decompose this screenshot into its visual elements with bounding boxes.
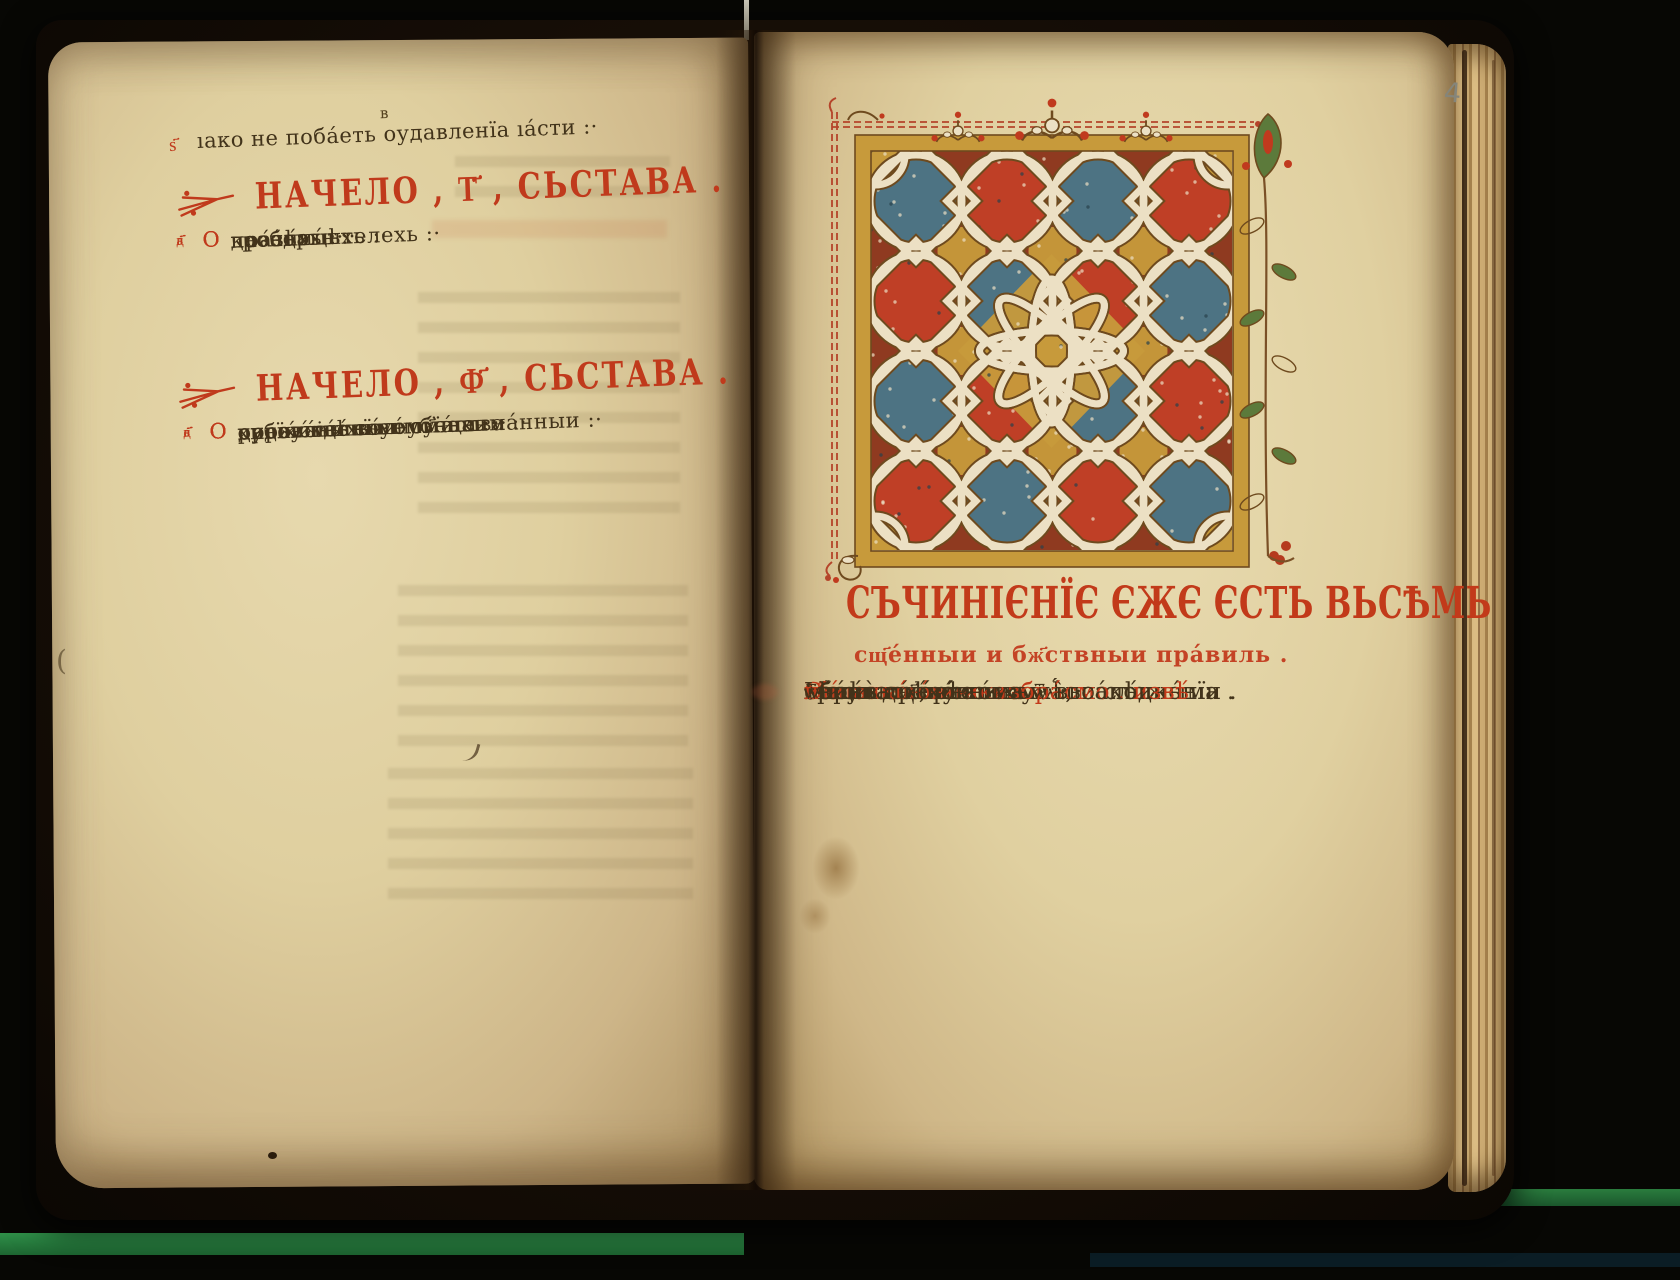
toc-item: а҃Одрьжи́мыхь вь оу́захь :· (179, 420, 180, 453)
interlinear-correction: в (380, 104, 389, 122)
page-edge-line-2 (1492, 60, 1495, 1176)
body-text: ѿви́на̀ грѣхо́вныхь · (804, 676, 1045, 710)
table-shadow-strip (1090, 1253, 1680, 1267)
rubric-arrow-ornament (178, 378, 241, 410)
right-page-text-block: СЪЧИНІЄНЇЄ ЄЖЄ ЄСТЬ ВЬСѢМЬ сщ҃е́нныи и б… (790, 80, 1355, 1000)
showthrough-text (388, 768, 693, 910)
knot-ornament-root (825, 98, 1298, 583)
margin-sign: ѕ҃ (169, 134, 177, 157)
table-edge-left (0, 1233, 744, 1255)
toc-text: хирото́ни соуе́мы наима́нныи :· (237, 407, 603, 444)
manuscript-photo: ( ѕ҃ ıако не поба́еть оудавленїа ıа́сти … (0, 0, 1680, 1280)
toc-num: д҃ (176, 233, 184, 250)
margin-mark: ( (56, 644, 67, 677)
toc-o: О (202, 227, 220, 252)
chapter-title-small: сщ҃е́нныи и бж҃ствныи пра́виль . (854, 642, 1288, 668)
chapter-title-large: СЪЧИНІЄНЇЄ ЄЖЄ ЄСТЬ ВЬСѢМЬ (846, 578, 1492, 629)
toc-text: казнѣ́хь :· (230, 225, 344, 253)
toc-item: в҃Огроборы́нтелехь :· (172, 228, 173, 261)
left-page-text-block: ѕ҃ ıако не поба́еть оудавленїа ıа́сти :·… (168, 97, 772, 658)
toc-num: е҃ (183, 424, 190, 441)
intro-line: ıако не поба́еть оудавленїа ıа́сти :· (196, 114, 598, 153)
toc-list-1: а҃Опра́зницѣхь :·в҃Огроборы́нтелехь :·г҃… (172, 207, 737, 367)
toc-item: г҃Одоса́дахь :· (172, 228, 173, 261)
toc-item: г҃Ооудавліе́нныи мл҃нце :· (179, 420, 180, 453)
toc-item: д҃Орасоужде́нïи оубïи́ства :· (179, 420, 180, 453)
toc-o: О (209, 419, 227, 444)
toc-item: в҃Ооубïи́ствѣ во́лнома :· (179, 420, 180, 453)
toc-item: е҃Охирото́ни соуе́мы наима́нныи :· (179, 420, 180, 453)
folio-number: 4 (1443, 77, 1462, 109)
toc-item: д҃Оказнѣ́хь :· (172, 228, 173, 261)
rubric-arrow-ornament (177, 185, 240, 217)
toc-item: а҃Опра́зницѣхь :· (172, 228, 173, 261)
red-smudge (752, 684, 778, 700)
toc-list-2: а҃Одрьжи́мыхь вь оу́захь :·в҃Ооубïи́ствѣ… (179, 399, 745, 589)
ink-speck (268, 1152, 277, 1159)
interlace-headpiece (818, 86, 1358, 586)
